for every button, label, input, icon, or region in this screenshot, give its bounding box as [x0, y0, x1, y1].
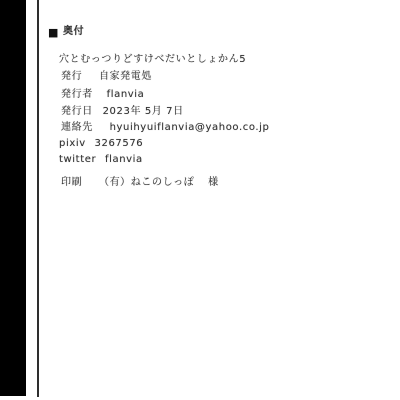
- entry-row-author: 発行者 flanvia: [61, 89, 144, 101]
- entry-row-contact: 連絡先 hyuihyuiflanvia@yahoo.co.jp: [61, 122, 270, 134]
- book-title: 穴とむっつりどすけべだいとしょかん5: [59, 54, 246, 66]
- book-title-text: 穴とむっつりどすけべだいとしょかん5: [59, 54, 246, 66]
- publisher-label: 発行: [61, 71, 82, 83]
- printer-label: 印刷: [61, 177, 82, 189]
- pixiv-id: 3267576: [95, 138, 144, 150]
- author-label: 発行者: [61, 89, 93, 101]
- publisher-value: 自家発電処: [99, 71, 152, 83]
- printer-honorific: 様: [208, 177, 219, 189]
- entry-row-pixiv: pixiv 3267576: [59, 138, 143, 150]
- entry-row-printer: 印刷 （有）ねこのしっぽ 様: [61, 177, 219, 189]
- colophon-header: ■ 奥付: [48, 26, 84, 38]
- publish-date-label: 発行日: [61, 106, 93, 118]
- author-value: flanvia: [107, 89, 145, 101]
- scan-edge-bar: [0, 0, 26, 396]
- twitter-handle: flanvia: [105, 154, 143, 166]
- square-bullet-icon: ■: [48, 27, 59, 38]
- twitter-label: twitter: [59, 154, 96, 166]
- publish-date-value: 2023年 5月 7日: [103, 106, 184, 118]
- entry-row-publish-date: 発行日 2023年 5月 7日: [61, 106, 184, 118]
- contact-label: 連絡先: [61, 122, 93, 134]
- printer-name: （有）ねこのしっぽ: [99, 177, 194, 189]
- colophon-page: ■ 奥付 穴とむっつりどすけべだいとしょかん5 発行 自家発電処 発行者 fla…: [0, 0, 400, 400]
- colophon-header-title: 奥付: [63, 26, 84, 38]
- entry-row-twitter: twitter flanvia: [59, 154, 143, 166]
- page-gutter-line: [37, 0, 39, 397]
- contact-email: hyuihyuiflanvia@yahoo.co.jp: [110, 122, 270, 134]
- pixiv-label: pixiv: [59, 138, 86, 150]
- entry-row-publisher: 発行 自家発電処: [61, 71, 152, 83]
